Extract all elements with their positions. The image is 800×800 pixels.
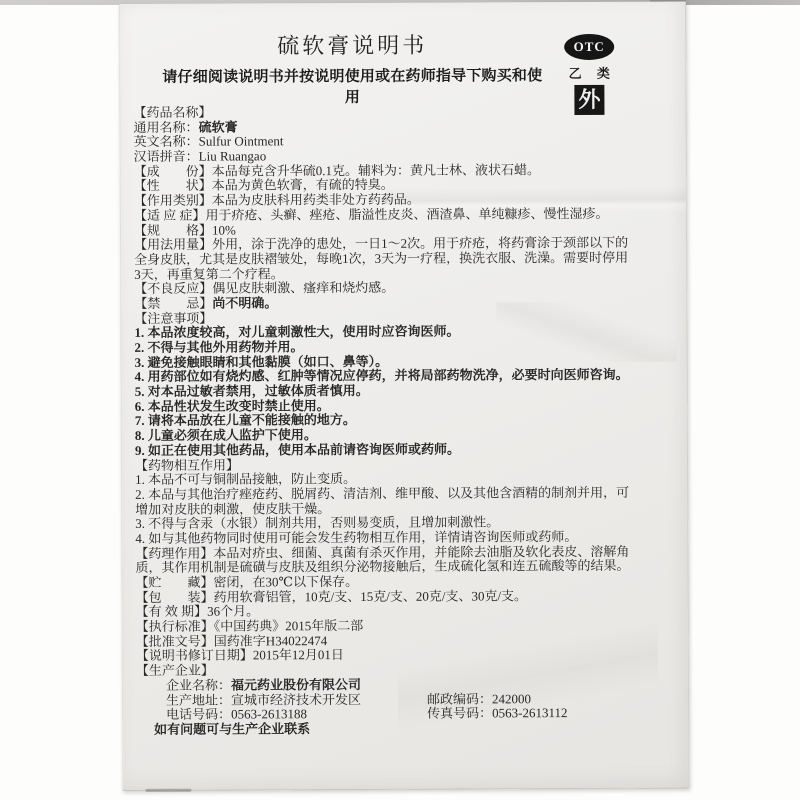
photo-background: 硫软膏说明书 请仔细阅读说明书并按说明使用或在药师指导下购买和使用 OTC 乙 … xyxy=(0,0,800,800)
paper-bottom-smudge xyxy=(145,789,191,792)
leaflet-header: 硫软膏说明书 请仔细阅读说明书并按说明使用或在药师指导下购买和使用 xyxy=(157,32,547,110)
text-line: 如有问题可与生产企业联系 xyxy=(136,720,678,737)
leaflet-subtitle: 请仔细阅读说明书并按说明使用或在药师指导下购买和使用 xyxy=(157,66,547,110)
text-line-right-column: 传真号码：0563-2613112 xyxy=(427,706,567,721)
otc-category-label: 乙 类 xyxy=(541,63,637,82)
leaflet-paper: 硫软膏说明书 请仔细阅读说明书并按说明使用或在药师指导下购买和使用 OTC 乙 … xyxy=(119,2,689,791)
otc-oval-icon: OTC xyxy=(564,34,614,60)
otc-label: OTC xyxy=(574,39,605,54)
body-lines: 【药品名称】通用名称：硫软膏英文名称：Sulfur Ointment汉语拼音：L… xyxy=(133,104,678,738)
leaflet-title: 硫软膏说明书 xyxy=(157,32,547,60)
